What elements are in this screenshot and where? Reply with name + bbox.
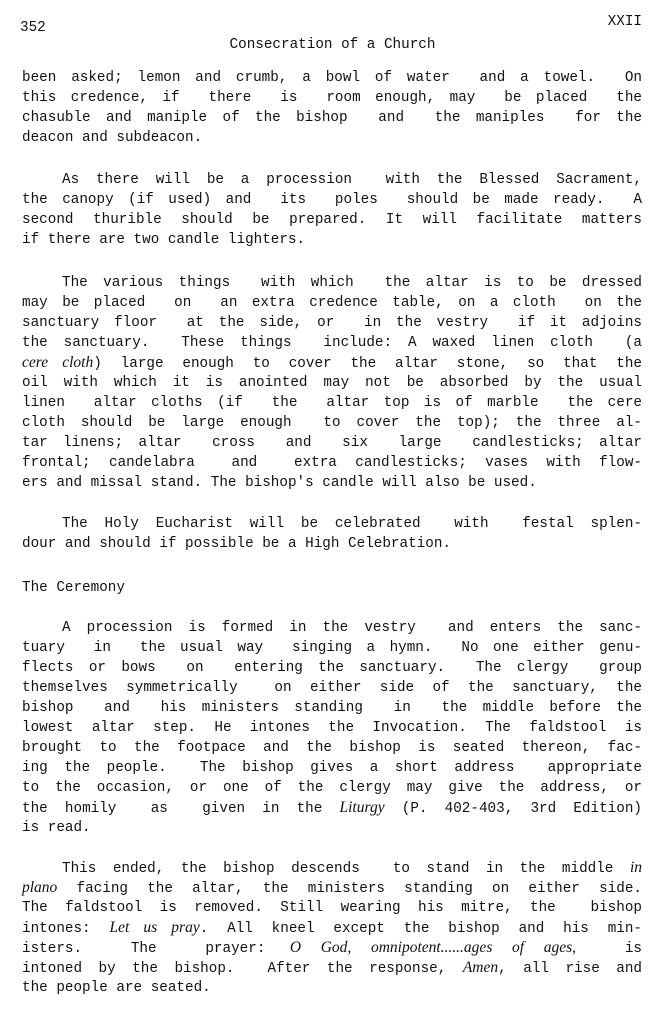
text-segment: lowest altar step. He intones the Invoca…	[22, 720, 642, 736]
text-line: The various things with which the altar …	[62, 273, 642, 293]
text-segment: been asked; lemon and crumb, a bowl of w…	[22, 70, 642, 86]
text-segment: may be placed on an extra credence table…	[22, 295, 642, 311]
text-segment: ) large enough to cover the altar stone,…	[93, 356, 642, 372]
text-segment: , all rise and	[498, 961, 642, 977]
text-line: A procession is formed in the vestry and…	[62, 618, 642, 638]
section-heading: The Ceremony	[22, 578, 642, 598]
text-segment: cloth should be large enough to cover th…	[22, 415, 642, 431]
text-segment: the homily as given in the	[22, 801, 340, 817]
text-line: ers and missal stand. The bishop's candl…	[22, 473, 642, 493]
text-segment: sanctuary floor at the side, or in the v…	[22, 315, 642, 331]
text-line: the homily as given in the Liturgy (P. 4…	[22, 798, 642, 818]
text-segment: The various things with which the altar …	[62, 275, 642, 291]
text-line: is read.	[22, 818, 642, 838]
chapter-number: XXII	[608, 14, 642, 30]
text-line: intones: Let us pray. All kneel except t…	[22, 918, 642, 938]
text-line: isters. The prayer: O God, omnipotent...…	[22, 938, 642, 958]
text-segment: the sanctuary. These things include: A w…	[22, 335, 642, 351]
italic-text: Liturgy	[340, 799, 385, 816]
text-segment: A procession is formed in the vestry and…	[62, 620, 642, 636]
text-segment: The Holy Eucharist will be celebrated wi…	[62, 516, 642, 532]
text-line: plano facing the altar, the ministers st…	[22, 878, 642, 898]
text-line: deacon and subdeacon.	[22, 128, 642, 148]
text-segment: the people are seated.	[22, 980, 211, 996]
text-line: the canopy (if used) and its poles shoul…	[22, 190, 642, 210]
text-segment: chasuble and maniple of the bishop and t…	[22, 110, 642, 126]
text-segment: the canopy (if used) and its poles shoul…	[22, 192, 642, 208]
text-segment: This ended, the bishop descends to stand…	[62, 861, 630, 877]
text-segment: intones:	[22, 921, 109, 937]
text-line: brought to the footpace and the bishop i…	[22, 738, 642, 758]
text-line: themselves symmetrically on either side …	[22, 678, 642, 698]
text-segment: intoned by the bishop. After the respons…	[22, 961, 463, 977]
text-line: tuary in the usual way singing a hymn. N…	[22, 638, 642, 658]
text-line: the people are seated.	[22, 978, 642, 998]
text-segment: dour and should if possible be a High Ce…	[22, 536, 451, 552]
text-line: frontal; candelabra and extra candlestic…	[22, 453, 642, 473]
text-line: cere cloth) large enough to cover the al…	[22, 353, 642, 373]
text-segment: oil with which it is anointed may not be…	[22, 375, 642, 391]
text-segment: bishop and his ministers standing in the…	[22, 700, 642, 716]
document-page: 352 XXII Consecration of a Church been a…	[0, 0, 665, 1029]
text-line: dour and should if possible be a High Ce…	[22, 534, 642, 554]
text-segment: As there will be a procession with the B…	[62, 172, 642, 188]
text-segment: facing the altar, the ministers standing…	[57, 881, 642, 897]
text-line: bishop and his ministers standing in the…	[22, 698, 642, 718]
text-segment: deacon and subdeacon.	[22, 130, 202, 146]
italic-text: in	[630, 859, 642, 876]
text-segment: tuary in the usual way singing a hymn. N…	[22, 640, 642, 656]
text-line: may be placed on an extra credence table…	[22, 293, 642, 313]
text-segment: The Ceremony	[22, 580, 125, 596]
text-segment: flects or bows on entering the sanctuary…	[22, 660, 642, 676]
text-line: chasuble and maniple of the bishop and t…	[22, 108, 642, 128]
text-line: if there are two candle lighters.	[22, 230, 642, 250]
italic-text: O God, omnipotent......ages of ages,	[290, 939, 576, 956]
text-line: oil with which it is anointed may not be…	[22, 373, 642, 393]
italic-text: cere cloth	[22, 354, 93, 371]
text-segment: ing the people. The bishop gives a short…	[22, 760, 642, 776]
text-line: The faldstool is removed. Still wearing …	[22, 898, 642, 918]
text-segment: second thurible should be prepared. It w…	[22, 212, 642, 228]
text-line: this credence, if there is room enough, …	[22, 88, 642, 108]
text-line: sanctuary floor at the side, or in the v…	[22, 313, 642, 333]
text-line: the sanctuary. These things include: A w…	[22, 333, 642, 353]
running-title: Consecration of a Church	[0, 37, 665, 53]
text-line: The Holy Eucharist will be celebrated wi…	[62, 514, 642, 534]
italic-text: Let us pray	[109, 919, 199, 936]
text-line: lowest altar step. He intones the Invoca…	[22, 718, 642, 738]
text-line: intoned by the bishop. After the respons…	[22, 958, 642, 978]
italic-text: plano	[22, 879, 57, 896]
italic-text: Amen	[463, 959, 498, 976]
text-segment: (P. 402-403, 3rd Edition)	[385, 801, 642, 817]
text-segment: . All kneel except the bishop and his mi…	[200, 921, 642, 937]
text-line: cloth should be large enough to cover th…	[22, 413, 642, 433]
text-segment: isters. The prayer:	[22, 941, 290, 957]
text-segment: to the occasion, or one of the clergy ma…	[22, 780, 642, 796]
text-segment: if there are two candle lighters.	[22, 232, 305, 248]
text-segment: is	[576, 941, 642, 957]
text-segment: linen altar cloths (if the altar top is …	[22, 395, 642, 411]
text-segment: ers and missal stand. The bishop's candl…	[22, 475, 537, 491]
text-line: As there will be a procession with the B…	[62, 170, 642, 190]
text-line: ing the people. The bishop gives a short…	[22, 758, 642, 778]
page-number: 352	[20, 20, 46, 36]
text-segment: themselves symmetrically on either side …	[22, 680, 642, 696]
text-segment: this credence, if there is room enough, …	[22, 90, 642, 106]
text-line: been asked; lemon and crumb, a bowl of w…	[22, 68, 642, 88]
text-segment: is read.	[22, 820, 91, 836]
text-line: This ended, the bishop descends to stand…	[62, 858, 642, 878]
text-line: second thurible should be prepared. It w…	[22, 210, 642, 230]
text-segment: frontal; candelabra and extra candlestic…	[22, 455, 642, 471]
text-line: linen altar cloths (if the altar top is …	[22, 393, 642, 413]
text-segment: The faldstool is removed. Still wearing …	[22, 900, 642, 916]
text-line: to the occasion, or one of the clergy ma…	[22, 778, 642, 798]
text-line: tar linens; altar cross and six large ca…	[22, 433, 642, 453]
text-segment: tar linens; altar cross and six large ca…	[22, 435, 642, 451]
text-segment: brought to the footpace and the bishop i…	[22, 740, 642, 756]
text-line: flects or bows on entering the sanctuary…	[22, 658, 642, 678]
